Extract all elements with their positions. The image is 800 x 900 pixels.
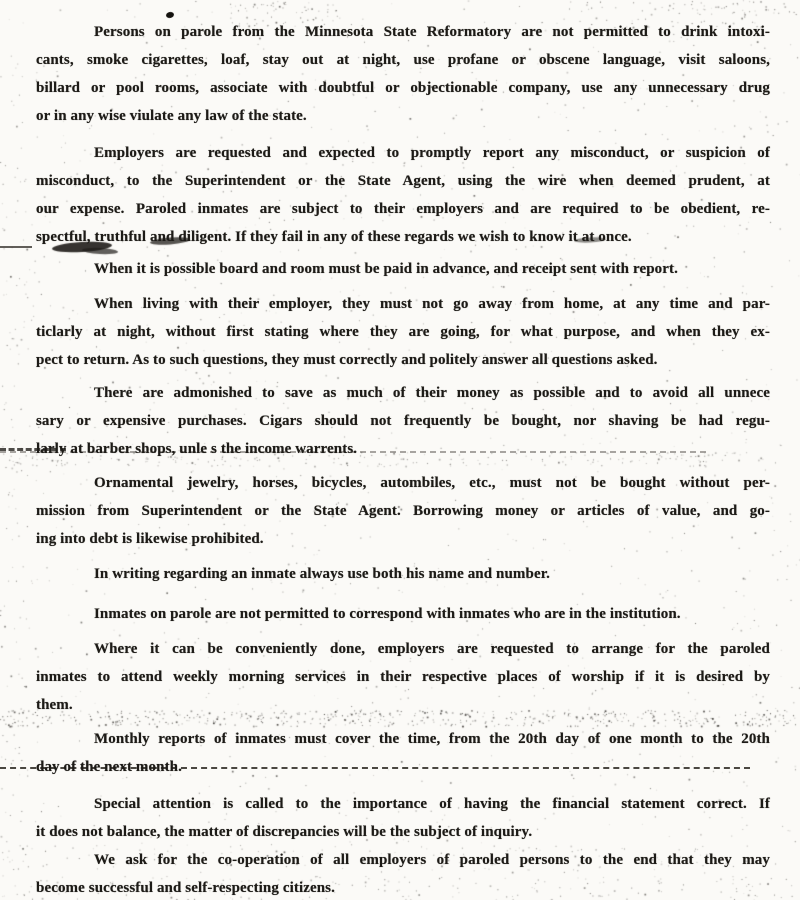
text-line: day of the next month.: [36, 753, 770, 781]
text-line: or in any wise viulate any law of the st…: [36, 102, 770, 130]
text-line: our expense. Paroled inmates are subject…: [36, 195, 770, 223]
text-line: In writing regarding an inmate always us…: [36, 560, 770, 588]
text-line: pect to return. As to such questions, th…: [36, 346, 770, 374]
text-line: them.: [36, 691, 770, 719]
text-line: misconduct, to the Superintendent or the…: [36, 167, 770, 195]
text-line: billard or pool rooms, associate with do…: [36, 74, 770, 102]
text-line: Monthly reports of inmates must cover th…: [36, 725, 770, 753]
text-line: sary or expensive purchases. Cigars shou…: [36, 407, 770, 435]
text-line: mission from Superintendent or the State…: [36, 497, 770, 525]
text-line: become successful and self-respecting ci…: [36, 874, 770, 900]
paragraph-saving-money: There are admonished to save as much of …: [36, 379, 770, 463]
document-body: Persons on parole from the Minnesota Sta…: [36, 18, 770, 900]
text-line: it does not balance, the matter of discr…: [36, 818, 770, 846]
text-line: We ask for the co-operation of all emplo…: [36, 846, 770, 874]
text-line: Ornamental jewelry, horses, bicycles, au…: [36, 469, 770, 497]
text-line: inmates to attend weekly morning service…: [36, 663, 770, 691]
left-margin-dash-artifact: [0, 246, 32, 248]
text-line: ing into debt is likewise prohibited.: [36, 525, 770, 553]
paragraph-monthly-reports: Monthly reports of inmates must cover th…: [36, 725, 770, 781]
text-line: Employers are requested and expected to …: [36, 139, 770, 167]
paragraph-purchases-permission: Ornamental jewelry, horses, bicycles, au…: [36, 469, 770, 553]
paragraph-prohibitions: Persons on parole from the Minnesota Sta…: [36, 18, 770, 130]
paragraph-financial-statement: Special attention is called to the impor…: [36, 790, 770, 846]
text-line: larly at barber shops, unle s the income…: [36, 435, 770, 463]
paragraph-name-and-number: In writing regarding an inmate always us…: [36, 560, 770, 588]
text-line: When living with their employer, they mu…: [36, 290, 770, 318]
text-line: spectful, truthful and diligent. If they…: [36, 223, 770, 251]
text-line: There are admonished to save as much of …: [36, 379, 770, 407]
scanned-document-page: Persons on parole from the Minnesota Sta…: [0, 0, 800, 900]
text-line: Special attention is called to the impor…: [36, 790, 770, 818]
paragraph-no-correspondence: Inmates on parole are not permitted to c…: [36, 600, 770, 628]
text-line: cants, smoke cigarettes, loaf, stay out …: [36, 46, 770, 74]
text-line: Where it can be conveniently done, emplo…: [36, 635, 770, 663]
text-line: Inmates on parole are not permitted to c…: [36, 600, 770, 628]
paragraph-worship-services: Where it can be conveniently done, emplo…: [36, 635, 770, 719]
text-line: When it is possible board and room must …: [36, 255, 770, 283]
text-line: Persons on parole from the Minnesota Sta…: [36, 18, 770, 46]
paragraph-leaving-home: When living with their employer, they mu…: [36, 290, 770, 374]
text-line: ticlarly at night, without first stating…: [36, 318, 770, 346]
paragraph-board-and-room: When it is possible board and room must …: [36, 255, 770, 283]
paragraph-cooperation: We ask for the co-operation of all emplo…: [36, 846, 770, 900]
paragraph-employer-reporting: Employers are requested and expected to …: [36, 139, 770, 251]
